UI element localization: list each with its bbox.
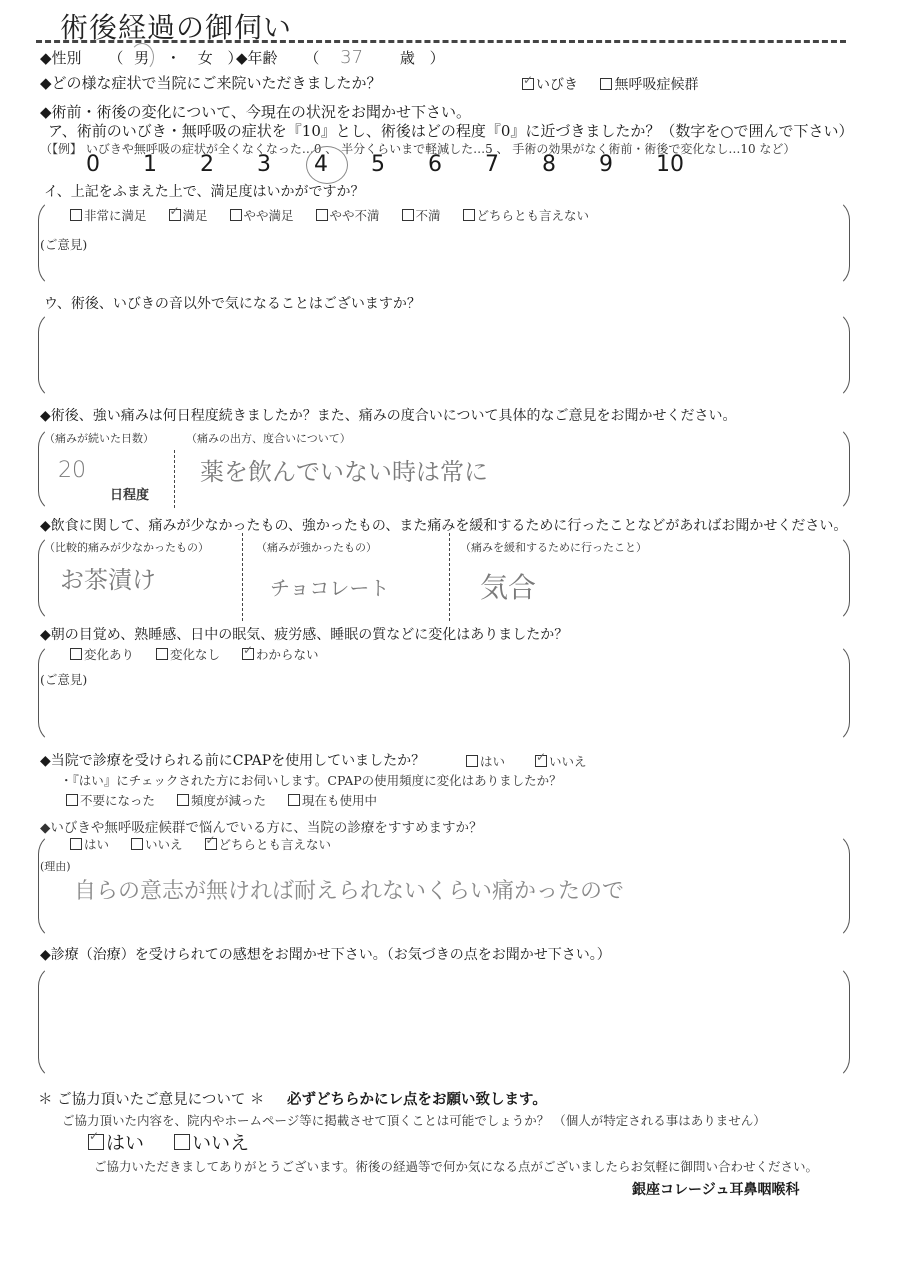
title-divider <box>36 40 846 43</box>
satisfaction-opinion-label: (ご意見) <box>40 235 87 253</box>
consent-required-note: 必ずどちらかにレ点をお願い致します。 <box>287 1092 547 1108</box>
change-heading: ◆術前・術後の変化について、今現在の状況をお聞かせ下さい。 <box>40 101 471 122</box>
checkbox-icon <box>402 209 414 221</box>
satisfaction-option[interactable]: 不満 <box>402 208 441 223</box>
gender-label: ◆性別 <box>40 49 82 67</box>
clinic-name: 銀座コレージュ耳鼻咽喉科 <box>632 1179 799 1199</box>
pain-days-label: （痛みが続いた日数） <box>44 430 154 446</box>
checkbox-checked-icon <box>88 1134 104 1150</box>
cpap-followup-question: ・『はい』にチェックされた方にお伺いします。CPAPの使用頻度に変化はありました… <box>60 771 562 789</box>
checkbox-icon <box>131 838 143 850</box>
recommend-reason-value[interactable]: 自らの意志が無ければ耐えられないくらい痛かったので <box>74 874 624 905</box>
age-label: ◆年齢 <box>236 49 278 67</box>
satisfaction-option[interactable]: 非常に満足 <box>70 208 147 223</box>
cpap-option-yes[interactable]: はい <box>466 754 505 769</box>
food-question: ◆飲食に関して、痛みが少なかったもの、強かったもの、また痛みを緩和するために行っ… <box>40 515 847 535</box>
consent-option-no[interactable]: いいえ <box>174 1132 249 1154</box>
column-divider <box>242 533 243 621</box>
gender-row: ◆性別 （ 男 ・ 女 ） <box>40 47 243 68</box>
food-column-label: （痛みが強かったもの） <box>256 539 377 555</box>
checkbox-icon <box>70 648 82 660</box>
pain-question: ◆術後、強い痛みは何日程度続きましたか？また、痛みの度合いについて具体的なご意見… <box>40 405 736 425</box>
recommend-option[interactable]: いいえ <box>131 837 183 852</box>
age-value[interactable]: 37 <box>340 47 363 68</box>
sleep-option[interactable]: わからない <box>242 647 319 662</box>
checkbox-checked-icon <box>169 209 181 221</box>
cpap-options: はい いいえ <box>466 752 605 770</box>
sleep-option[interactable]: 変化あり <box>70 647 134 662</box>
cpap-followup-options: 不要になった 頻度が減った 現在も使用中 <box>66 791 395 809</box>
scale-row: 012345678910 <box>86 152 713 177</box>
symptom-option-snoring[interactable]: いびき <box>522 77 578 93</box>
food-column-label: （痛みを緩和するために行ったこと） <box>460 539 647 555</box>
checkbox-icon <box>156 648 168 660</box>
gender-female-option[interactable]: 女 <box>198 49 213 67</box>
checkbox-icon <box>230 209 242 221</box>
thanks-message: ご協力いただきましてありがとうございます。術後の経過等で何か気になる点がございま… <box>94 1157 818 1175</box>
other-concerns-answer-box[interactable] <box>38 310 850 400</box>
consent-options: はい いいえ <box>88 1128 267 1155</box>
scale-9[interactable]: 9 <box>599 152 656 177</box>
checkbox-icon <box>463 209 475 221</box>
symptom-option-apnea[interactable]: 無呼吸症候群 <box>600 77 698 93</box>
checkbox-icon <box>466 755 478 767</box>
satisfaction-option[interactable]: やや満足 <box>230 208 294 223</box>
scale-10[interactable]: 10 <box>656 152 713 177</box>
column-divider <box>174 450 175 508</box>
column-divider <box>449 533 450 621</box>
sleep-opinion-label: (ご意見) <box>40 670 87 688</box>
satisfaction-option[interactable]: 満足 <box>169 208 208 223</box>
food-column-label: （比較的痛みが少なかったもの） <box>44 539 209 555</box>
change-question-a: ア、術前のいびき・無呼吸の症状を『10』とし、術後はどの程度『0』に近づきました… <box>48 120 854 141</box>
checkbox-icon <box>70 838 82 850</box>
satisfaction-option[interactable]: どちらとも言えない <box>463 208 590 223</box>
cpap-followup-option[interactable]: 不要になった <box>66 793 155 808</box>
selected-circle-mark <box>130 43 154 71</box>
checkbox-checked-icon <box>242 648 254 660</box>
scale-1[interactable]: 1 <box>143 152 200 177</box>
satisfaction-options: 非常に満足 満足 やや満足 やや不満 不満 どちらとも言えない <box>70 206 607 224</box>
checkbox-checked-icon <box>205 838 217 850</box>
consent-heading: ＊ ご協力頂いたご意見について ＊ 必ずどちらかにレ点をお願い致します。 <box>38 1088 547 1109</box>
scale-0[interactable]: 0 <box>86 152 143 177</box>
symptom-options: いびき 無呼吸症候群 <box>522 74 716 94</box>
pain-degree-label: （痛みの出方、度合いについて） <box>186 430 351 446</box>
recommend-options: はい いいえ どちらとも言えない <box>70 835 349 853</box>
checkbox-icon <box>288 794 300 806</box>
pain-days-unit: 日程度 <box>110 484 149 503</box>
symptom-question: ◆どの様な症状で当院にご来院いただきましたか？ <box>40 72 382 93</box>
checkbox-checked-icon <box>522 78 534 90</box>
checkbox-icon <box>70 209 82 221</box>
checkbox-icon <box>600 78 612 90</box>
sleep-option[interactable]: 変化なし <box>156 647 220 662</box>
food-strong-pain-value[interactable]: チョコレート <box>270 572 389 601</box>
cpap-option-no[interactable]: いいえ <box>535 754 587 769</box>
scale-5[interactable]: 5 <box>371 152 428 177</box>
checkbox-checked-icon <box>535 755 547 767</box>
checkbox-icon <box>174 1134 190 1150</box>
recommend-reason-label: (理由) <box>40 858 71 874</box>
scale-8[interactable]: 8 <box>542 152 599 177</box>
scale-6[interactable]: 6 <box>428 152 485 177</box>
cpap-question: ◆当院で診療を受けられる前にCPAPを使用していましたか？ <box>40 750 425 770</box>
cpap-followup-option[interactable]: 頻度が減った <box>177 793 266 808</box>
scale-2[interactable]: 2 <box>200 152 257 177</box>
sleep-question: ◆朝の目覚め、熟睡感、日中の眠気、疲労感、睡眠の質などに変化はありましたか？ <box>40 624 568 644</box>
recommend-option[interactable]: どちらとも言えない <box>205 837 332 852</box>
consent-option-yes[interactable]: はい <box>88 1132 144 1154</box>
satisfaction-option[interactable]: やや不満 <box>316 208 380 223</box>
pain-days-value[interactable]: 20 <box>58 458 86 483</box>
age-row: ◆年齢 （ 37 歳 ） <box>236 47 445 68</box>
food-less-pain-value[interactable]: お茶漬け <box>60 560 156 595</box>
scale-7[interactable]: 7 <box>485 152 542 177</box>
checkbox-icon <box>316 209 328 221</box>
sleep-options: 変化あり 変化なし わからない <box>70 645 337 663</box>
consent-question: ご協力頂いた内容を、院内やホームページ等に掲載させて頂くことは可能でしょうか？ … <box>62 1111 766 1129</box>
pain-degree-value[interactable]: 薬を飲んでいない時は常に <box>200 452 488 487</box>
checkbox-icon <box>66 794 78 806</box>
cpap-followup-option[interactable]: 現在も使用中 <box>288 793 377 808</box>
gender-male-option[interactable]: 男 <box>134 49 154 67</box>
impressions-question: ◆診療（治療）を受けられての感想をお聞かせ下さい。（お気づきの点をお聞かせ下さい… <box>40 944 611 964</box>
recommend-option[interactable]: はい <box>70 837 109 852</box>
pain-relief-value[interactable]: 気合 <box>480 566 536 606</box>
checkbox-icon <box>177 794 189 806</box>
selected-circle-mark <box>306 146 348 184</box>
impressions-answer-box[interactable] <box>38 964 850 1080</box>
